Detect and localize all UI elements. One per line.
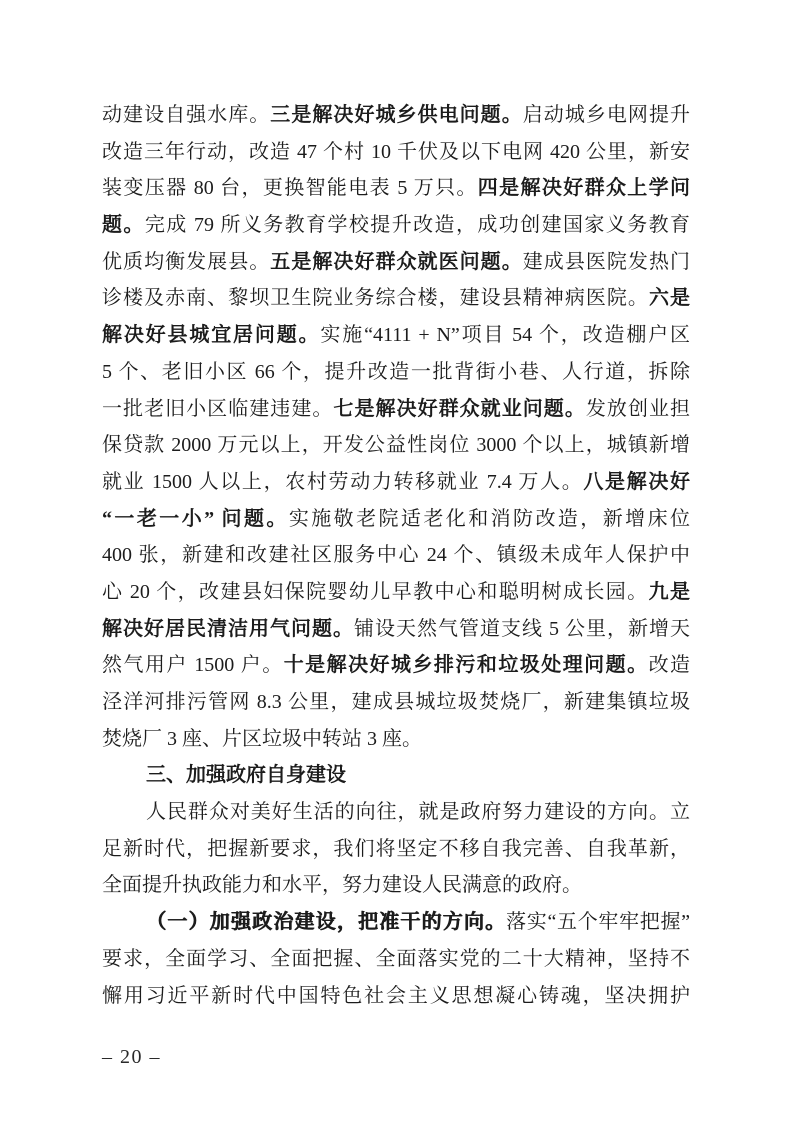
document-page: 动建设自强水库。三是解决好城乡供电问题。启动城乡电网提升改造三年行动，改造 47…	[0, 0, 793, 1122]
text-line: 优质均衡发展县。五是解决好群众就医问题。建成县医院发热门	[102, 244, 690, 281]
text-run: 铺设天然气管道支线 5 公里，新增天	[354, 618, 690, 640]
text-run: 改造三年行动，改造 47 个村 10 千伏及以下电网 420 公里，新安	[102, 141, 690, 163]
text-run: 全面提升执政能力和水平，努力建设人民满意的政府。	[102, 874, 582, 896]
text-run: 落实“五个牢牢把握”	[506, 911, 690, 933]
page-number: – 20 –	[102, 1046, 161, 1069]
text-line: 诊楼及赤南、黎坝卫生院业务综合楼，建设县精神病医院。六是	[102, 280, 690, 317]
text-run: 泾洋河排污管网 8.3 公里，建成县城垃圾焚烧厂，新建集镇垃圾	[102, 691, 690, 713]
text-line: 足新时代，把握新要求，我们将坚定不移自我完善、自我革新，	[102, 831, 690, 868]
text-run: 保贷款 2000 万元以上，开发公益性岗位 3000 个以上，城镇新增	[102, 434, 690, 456]
text-line: 动建设自强水库。三是解决好城乡供电问题。启动城乡电网提升	[102, 97, 690, 134]
text-line: 就业 1500 人以上，农村劳动力转移就业 7.4 万人。八是解决好	[102, 464, 690, 501]
text-run: “一老一小” 问题。	[102, 508, 289, 530]
text-line: 一批老旧小区临建违建。七是解决好群众就业问题。发放创业担	[102, 391, 690, 428]
text-run: 完成 79 所义务教育学校提升改造，成功创建国家义务教育	[145, 214, 690, 236]
text-line: 心 20 个，改建县妇保院婴幼儿早教中心和聪明树成长园。九是	[102, 574, 690, 611]
text-run: 发放创业担	[586, 398, 690, 420]
text-run: 三是解决好城乡供电问题。	[270, 104, 522, 126]
text-line: 5 个、老旧小区 66 个，提升改造一批背街小巷、人行道，拆除	[102, 354, 690, 391]
text-run: 建成县医院发热门	[523, 251, 690, 273]
text-line: （一）加强政治建设，把准干的方向。落实“五个牢牢把握”	[102, 904, 690, 941]
text-line: 泾洋河排污管网 8.3 公里，建成县城垃圾焚烧厂，新建集镇垃圾	[102, 684, 690, 721]
text-line: 要求，全面学习、全面把握、全面落实党的二十大精神，坚持不	[102, 941, 690, 978]
text-run: 400 张，新建和改建社区服务中心 24 个、镇级未成年人保护中	[102, 544, 690, 566]
text-run: 然气用户 1500 户。	[102, 654, 284, 676]
text-run: 十是解决好城乡排污和垃圾处理问题。	[284, 654, 649, 676]
text-run: 题。	[102, 214, 145, 236]
text-line: 懈用习近平新时代中国特色社会主义思想凝心铸魂，坚决拥护	[102, 978, 690, 1015]
text-line: 装变压器 80 台，更换智能电表 5 万只。四是解决好群众上学问	[102, 170, 690, 207]
text-line: 焚烧厂 3 座、片区垃圾中转站 3 座。	[102, 721, 690, 758]
text-run: 足新时代，把握新要求，我们将坚定不移自我完善、自我革新，	[102, 838, 690, 860]
text-run: 装变压器 80 台，更换智能电表 5 万只。	[102, 177, 478, 199]
text-line: 人民群众对美好生活的向往，就是政府努力建设的方向。立	[102, 794, 690, 831]
text-run: 五是解决好群众就医问题。	[270, 251, 522, 273]
text-run: 解决好居民清洁用气问题。	[102, 618, 354, 640]
text-line: “一老一小” 问题。实施敬老院适老化和消防改造，新增床位	[102, 501, 690, 538]
text-run: 诊楼及赤南、黎坝卫生院业务综合楼，建设县精神病医院。	[102, 287, 649, 309]
document-body: 动建设自强水库。三是解决好城乡供电问题。启动城乡电网提升改造三年行动，改造 47…	[102, 97, 690, 1014]
text-run: 心 20 个，改建县妇保院婴幼儿早教中心和聪明树成长园。	[102, 581, 649, 603]
text-run: 实施敬老院适老化和消防改造，新增床位	[289, 508, 690, 530]
text-run: 四是解决好群众上学问	[478, 177, 690, 199]
text-line: 解决好居民清洁用气问题。铺设天然气管道支线 5 公里，新增天	[102, 611, 690, 648]
text-line: 400 张，新建和改建社区服务中心 24 个、镇级未成年人保护中	[102, 537, 690, 574]
text-run: 人民群众对美好生活的向往，就是政府努力建设的方向。立	[146, 801, 690, 823]
text-line: 解决好县城宜居问题。实施“4111 + N”项目 54 个，改造棚户区	[102, 317, 690, 354]
text-run: 八是解决好	[583, 471, 690, 493]
text-run: 就业 1500 人以上，农村劳动力转移就业 7.4 万人。	[102, 471, 583, 493]
text-line: 三、加强政府自身建设	[102, 757, 690, 794]
text-run: 要求，全面学习、全面把握、全面落实党的二十大精神，坚持不	[102, 948, 690, 970]
text-line: 然气用户 1500 户。十是解决好城乡排污和垃圾处理问题。改造	[102, 647, 690, 684]
text-run: 5 个、老旧小区 66 个，提升改造一批背街小巷、人行道，拆除	[102, 361, 690, 383]
text-run: 焚烧厂 3 座、片区垃圾中转站 3 座。	[102, 728, 422, 750]
text-run: 改造	[649, 654, 690, 676]
text-run: 解决好县城宜居问题。	[102, 324, 320, 346]
text-run: 三、加强政府自身建设	[146, 764, 346, 786]
text-line: 改造三年行动，改造 47 个村 10 千伏及以下电网 420 公里，新安	[102, 134, 690, 171]
text-line: 全面提升执政能力和水平，努力建设人民满意的政府。	[102, 867, 690, 904]
text-line: 题。完成 79 所义务教育学校提升改造，成功创建国家义务教育	[102, 207, 690, 244]
text-line: 保贷款 2000 万元以上，开发公益性岗位 3000 个以上，城镇新增	[102, 427, 690, 464]
text-run: 一批老旧小区临建违建。	[102, 398, 333, 420]
text-run: 优质均衡发展县。	[102, 251, 270, 273]
text-run: 七是解决好群众就业问题。	[333, 398, 585, 420]
text-run: 懈用习近平新时代中国特色社会主义思想凝心铸魂，坚决拥护	[102, 985, 690, 1007]
text-run: 六是	[649, 287, 690, 309]
text-run: （一）加强政治建设，把准干的方向。	[146, 911, 506, 933]
text-run: 启动城乡电网提升	[523, 104, 690, 126]
text-run: 九是	[649, 581, 690, 603]
text-run: 动建设自强水库。	[102, 104, 270, 126]
text-run: 实施“4111 + N”项目 54 个，改造棚户区	[320, 324, 690, 346]
